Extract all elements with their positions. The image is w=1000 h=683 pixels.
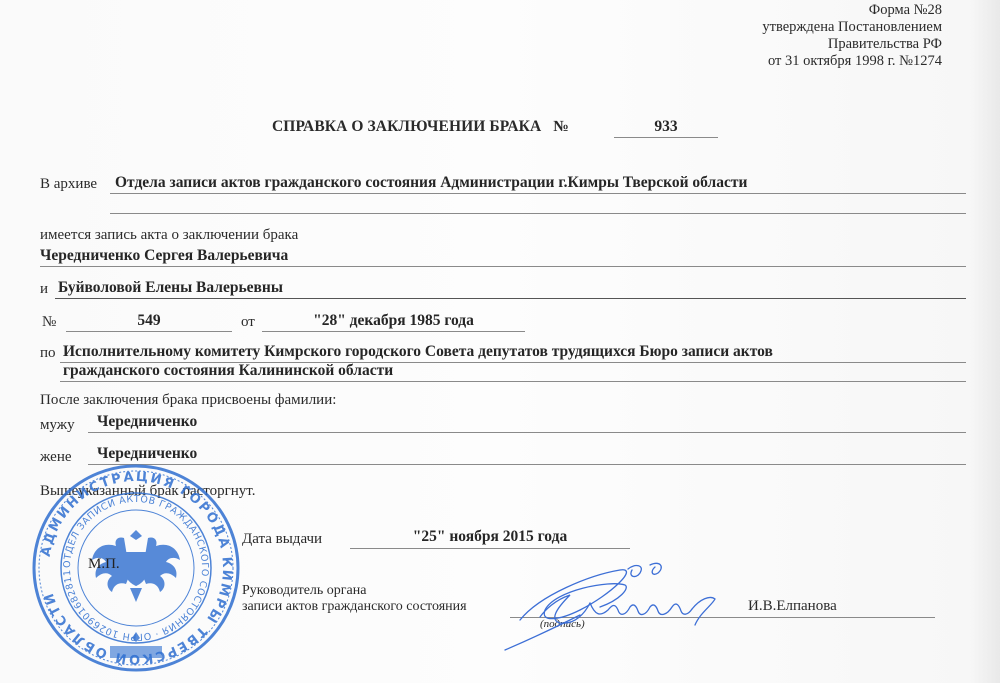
- certificate-number: 933: [614, 118, 718, 136]
- underline: [88, 432, 966, 433]
- header-line: утверждена Постановлением: [762, 19, 942, 36]
- stamp-label: М.П.: [88, 556, 120, 573]
- archive-value: Отдела записи актов гражданского состоян…: [115, 174, 747, 192]
- record-date: "28" декабря 1985 года: [262, 312, 525, 330]
- header-line: Правительства РФ: [762, 36, 942, 53]
- husband-label: мужу: [40, 417, 75, 434]
- registry-office-line2: гражданского состояния Калининской облас…: [63, 362, 393, 380]
- document-page: Форма №28 утверждена Постановлением Прав…: [0, 0, 1000, 683]
- title-number-sign: №: [553, 118, 569, 135]
- record-number-label: №: [42, 314, 56, 331]
- issue-date-label: Дата выдачи: [242, 531, 322, 548]
- official-seal-icon: АДМИНИСТРАЦИЯ ГОРОДА КИМРЫ ТВЕРСКОЙ ОБЛА…: [30, 462, 242, 674]
- header-line: от 31 октября 1998 г. №1274: [762, 53, 942, 70]
- signatory-name: И.В.Елпанова: [748, 598, 837, 615]
- title-text: СПРАВКА О ЗАКЛЮЧЕНИИ БРАКА: [272, 118, 541, 135]
- form-header: Форма №28 утверждена Постановлением Прав…: [762, 2, 942, 70]
- underline: [614, 137, 718, 138]
- underline: [40, 266, 966, 267]
- signature-icon: [500, 555, 735, 655]
- header-line: Форма №28: [762, 2, 942, 19]
- registry-office-line1: Исполнительному комитету Кимрского город…: [63, 343, 773, 361]
- archive-label: В архиве: [40, 176, 97, 193]
- and-label: и: [40, 281, 48, 298]
- by-label: по: [40, 345, 56, 362]
- issue-date: "25" ноября 2015 года: [350, 528, 630, 546]
- underline: [262, 331, 525, 332]
- underline: [110, 213, 966, 214]
- underline: [110, 193, 966, 194]
- wife-surname: Чередниченко: [97, 445, 197, 463]
- record-number: 549: [66, 312, 232, 330]
- spouse1-name: Чередниченко Сергея Валерьевича: [40, 247, 288, 265]
- from-label: от: [241, 314, 255, 331]
- husband-surname: Чередниченко: [97, 413, 197, 431]
- surnames-intro: После заключения брака присвоены фамилии…: [40, 392, 336, 409]
- record-intro: имеется запись акта о заключении брака: [40, 227, 298, 244]
- underline: [55, 298, 966, 299]
- document-title: СПРАВКА О ЗАКЛЮЧЕНИИ БРАКА №: [272, 118, 569, 136]
- signatory-role-line1: Руководитель органа: [242, 583, 366, 599]
- underline: [350, 548, 630, 549]
- spouse2-name: Буйволовой Елены Валерьевны: [58, 279, 283, 297]
- signatory-role-line2: записи актов гражданского состояния: [242, 599, 467, 615]
- underline: [60, 381, 966, 382]
- underline: [66, 331, 232, 332]
